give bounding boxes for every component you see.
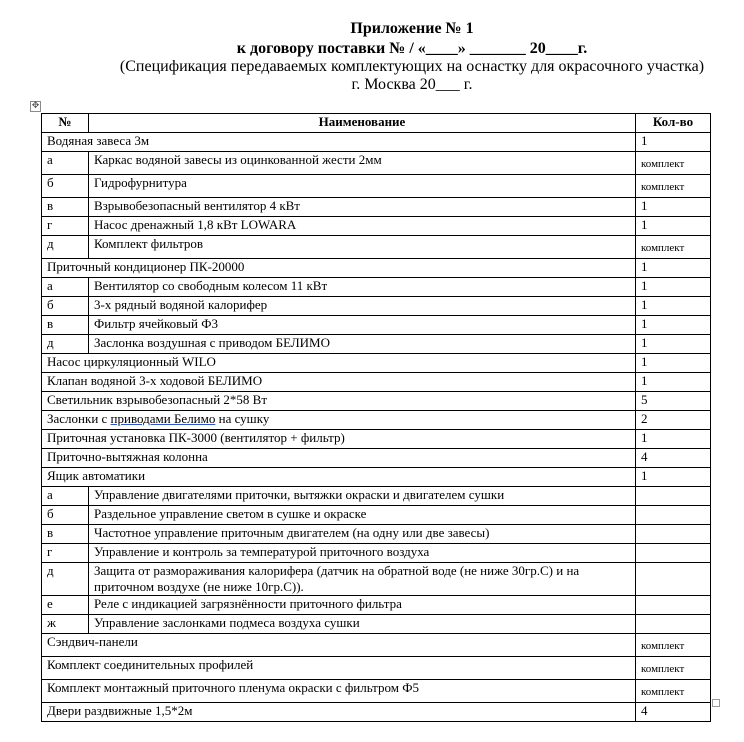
table-row-group: Светильник взрывобезопасный 2*58 Вт5	[42, 392, 711, 411]
item-number-cell[interactable]: г	[42, 544, 89, 563]
specification-table: № Наименование Кол-во Водяная завеса 3м1…	[41, 113, 711, 722]
table-row: жУправление заслонками подмеса воздуха с…	[42, 615, 711, 634]
item-quantity-cell[interactable]	[636, 544, 711, 563]
table-row-group: Сэндвич-панеликомплект	[42, 634, 711, 657]
item-name-cell[interactable]: Клапан водяной 3-х ходовой БЕЛИМО	[42, 373, 636, 392]
item-name-cell[interactable]: Фильтр ячейковый Ф3	[89, 316, 636, 335]
item-quantity-cell[interactable]: 1	[636, 133, 711, 152]
item-name-cell[interactable]: Защита от размораживания калорифера (дат…	[89, 563, 636, 596]
item-quantity-cell[interactable]: 1	[636, 354, 711, 373]
item-name-cell[interactable]: Водяная завеса 3м	[42, 133, 636, 152]
table-row: дЗащита от размораживания калорифера (да…	[42, 563, 711, 596]
item-number-cell[interactable]: д	[42, 563, 89, 596]
table-move-handle-icon[interactable]: ✥	[30, 101, 41, 112]
item-name-cell[interactable]: 3-х рядный водяной калорифер	[89, 297, 636, 316]
table-row-group: Комплект соединительных профилейкомплект	[42, 657, 711, 680]
item-quantity-cell[interactable]: 1	[636, 278, 711, 297]
item-number-cell[interactable]: а	[42, 152, 89, 175]
item-number-cell[interactable]: а	[42, 487, 89, 506]
column-header-name: Наименование	[89, 114, 636, 133]
item-name-cell[interactable]: Приточный кондиционер ПК-20000	[42, 259, 636, 278]
table-row-group: Двери раздвижные 1,5*2м4	[42, 703, 711, 722]
table-resize-handle-icon[interactable]	[712, 699, 720, 707]
item-name-cell[interactable]: Двери раздвижные 1,5*2м	[42, 703, 636, 722]
item-name-cell[interactable]: Раздельное управление светом в сушке и о…	[89, 506, 636, 525]
table-row-group: Приточный кондиционер ПК-200001	[42, 259, 711, 278]
item-number-cell[interactable]: ж	[42, 615, 89, 634]
item-number-cell[interactable]: е	[42, 596, 89, 615]
item-name-cell[interactable]: Управление и контроль за температурой пр…	[89, 544, 636, 563]
table-row-group: Клапан водяной 3-х ходовой БЕЛИМО1	[42, 373, 711, 392]
item-name-cell[interactable]: Управление двигателями приточки, вытяжки…	[89, 487, 636, 506]
item-name-cell[interactable]: Заслонки с приводами Белимо на сушку	[42, 411, 636, 430]
item-quantity-cell[interactable]	[636, 487, 711, 506]
table-row: дКомплект фильтровкомплект	[42, 236, 711, 259]
item-name-cell[interactable]: Управление заслонками подмеса воздуха су…	[89, 615, 636, 634]
item-name-text: на сушку	[215, 411, 269, 426]
table-row-group: Приточная установка ПК-3000 (вентилятор …	[42, 430, 711, 449]
item-number-cell[interactable]: в	[42, 525, 89, 544]
table-row: дЗаслонка воздушная с приводом БЕЛИМО1	[42, 335, 711, 354]
item-quantity-cell[interactable]	[636, 525, 711, 544]
item-quantity-cell[interactable]: комплект	[636, 152, 711, 175]
item-name-cell[interactable]: Светильник взрывобезопасный 2*58 Вт	[42, 392, 636, 411]
item-name-cell[interactable]: Комплект соединительных профилей	[42, 657, 636, 680]
item-name-cell[interactable]: Заслонка воздушная с приводом БЕЛИМО	[89, 335, 636, 354]
table-row: аУправление двигателями приточки, вытяжк…	[42, 487, 711, 506]
item-quantity-cell[interactable]: 1	[636, 198, 711, 217]
table-row: вВзрывобезопасный вентилятор 4 кВт1	[42, 198, 711, 217]
item-quantity-cell[interactable]: 1	[636, 217, 711, 236]
table-row-group: Комплект монтажный приточного пленума ок…	[42, 680, 711, 703]
table-row: бГидрофурнитуракомплект	[42, 175, 711, 198]
item-number-cell[interactable]: б	[42, 506, 89, 525]
item-quantity-cell[interactable]: комплект	[636, 634, 711, 657]
item-quantity-cell[interactable]	[636, 563, 711, 596]
document-title: Приложение № 1	[40, 20, 744, 38]
table-row-group: Приточно-вытяжная колонна4	[42, 449, 711, 468]
item-quantity-cell[interactable]: 1	[636, 430, 711, 449]
item-name-cell[interactable]: Приточно-вытяжная колонна	[42, 449, 636, 468]
item-quantity-cell[interactable]: 4	[636, 449, 711, 468]
item-number-cell[interactable]: б	[42, 297, 89, 316]
item-name-cell[interactable]: Сэндвич-панели	[42, 634, 636, 657]
item-quantity-cell[interactable]	[636, 615, 711, 634]
table-row: гНасос дренажный 1,8 кВт LOWARA1	[42, 217, 711, 236]
grammar-underlined-text: приводами Белимо	[111, 411, 216, 426]
item-quantity-cell[interactable]: 1	[636, 373, 711, 392]
item-name-cell[interactable]: Насос циркуляционный WILO	[42, 354, 636, 373]
table-row-group: Заслонки с приводами Белимо на сушку2	[42, 411, 711, 430]
table-row: аВентилятор со свободным колесом 11 кВт1	[42, 278, 711, 297]
specification-description: (Спецификация передаваемых комплектующих…	[40, 58, 744, 76]
item-quantity-cell[interactable]	[636, 596, 711, 615]
item-name-cell[interactable]: Вентилятор со свободным колесом 11 кВт	[89, 278, 636, 297]
item-name-text: Заслонки с	[47, 411, 111, 426]
contract-reference: к договору поставки № / «____» _______ 2…	[40, 40, 744, 58]
item-quantity-cell[interactable]: 4	[636, 703, 711, 722]
item-quantity-cell[interactable]: 5	[636, 392, 711, 411]
item-name-cell[interactable]: Частотное управление приточным двигателе…	[89, 525, 636, 544]
item-quantity-cell[interactable]: комплект	[636, 657, 711, 680]
item-quantity-cell[interactable]: комплект	[636, 175, 711, 198]
table-row-group: Ящик автоматики1	[42, 468, 711, 487]
item-name-cell[interactable]: Комплект монтажный приточного пленума ок…	[42, 680, 636, 703]
item-quantity-cell[interactable]: 1	[636, 259, 711, 278]
table-row: б3-х рядный водяной калорифер1	[42, 297, 711, 316]
table-row: вФильтр ячейковый Ф31	[42, 316, 711, 335]
column-header-number: №	[42, 114, 89, 133]
item-name-cell[interactable]: Насос дренажный 1,8 кВт LOWARA	[89, 217, 636, 236]
item-number-cell[interactable]: б	[42, 175, 89, 198]
place-and-date: г. Москва 20___ г.	[40, 76, 744, 94]
item-number-cell[interactable]: д	[42, 335, 89, 354]
item-number-cell[interactable]: а	[42, 278, 89, 297]
item-name-cell[interactable]: Гидрофурнитура	[89, 175, 636, 198]
table-row: бРаздельное управление светом в сушке и …	[42, 506, 711, 525]
item-quantity-cell[interactable]: 2	[636, 411, 711, 430]
item-name-cell[interactable]: Реле с индикацией загрязнённости приточн…	[89, 596, 636, 615]
item-quantity-cell[interactable]: 1	[636, 297, 711, 316]
item-number-cell[interactable]: г	[42, 217, 89, 236]
table-row: гУправление и контроль за температурой п…	[42, 544, 711, 563]
item-name-cell[interactable]: Комплект фильтров	[89, 236, 636, 259]
item-number-cell[interactable]: в	[42, 316, 89, 335]
table-row-group: Водяная завеса 3м1	[42, 133, 711, 152]
table-row: аКаркас водяной завесы из оцинкованной ж…	[42, 152, 711, 175]
table-header-row: № Наименование Кол-во	[42, 114, 711, 133]
table-row: еРеле с индикацией загрязнённости приточ…	[42, 596, 711, 615]
item-name-cell[interactable]: Каркас водяной завесы из оцинкованной же…	[89, 152, 636, 175]
item-name-cell[interactable]: Взрывобезопасный вентилятор 4 кВт	[89, 198, 636, 217]
table-row-group: Насос циркуляционный WILO1	[42, 354, 711, 373]
item-name-cell[interactable]: Приточная установка ПК-3000 (вентилятор …	[42, 430, 636, 449]
item-quantity-cell[interactable]: 1	[636, 468, 711, 487]
column-header-quantity: Кол-во	[636, 114, 711, 133]
item-quantity-cell[interactable]	[636, 506, 711, 525]
table-row: вЧастотное управление приточным двигател…	[42, 525, 711, 544]
item-quantity-cell[interactable]: 1	[636, 316, 711, 335]
item-quantity-cell[interactable]: комплект	[636, 680, 711, 703]
item-quantity-cell[interactable]: 1	[636, 335, 711, 354]
item-name-cell[interactable]: Ящик автоматики	[42, 468, 636, 487]
item-number-cell[interactable]: д	[42, 236, 89, 259]
item-quantity-cell[interactable]: комплект	[636, 236, 711, 259]
item-number-cell[interactable]: в	[42, 198, 89, 217]
